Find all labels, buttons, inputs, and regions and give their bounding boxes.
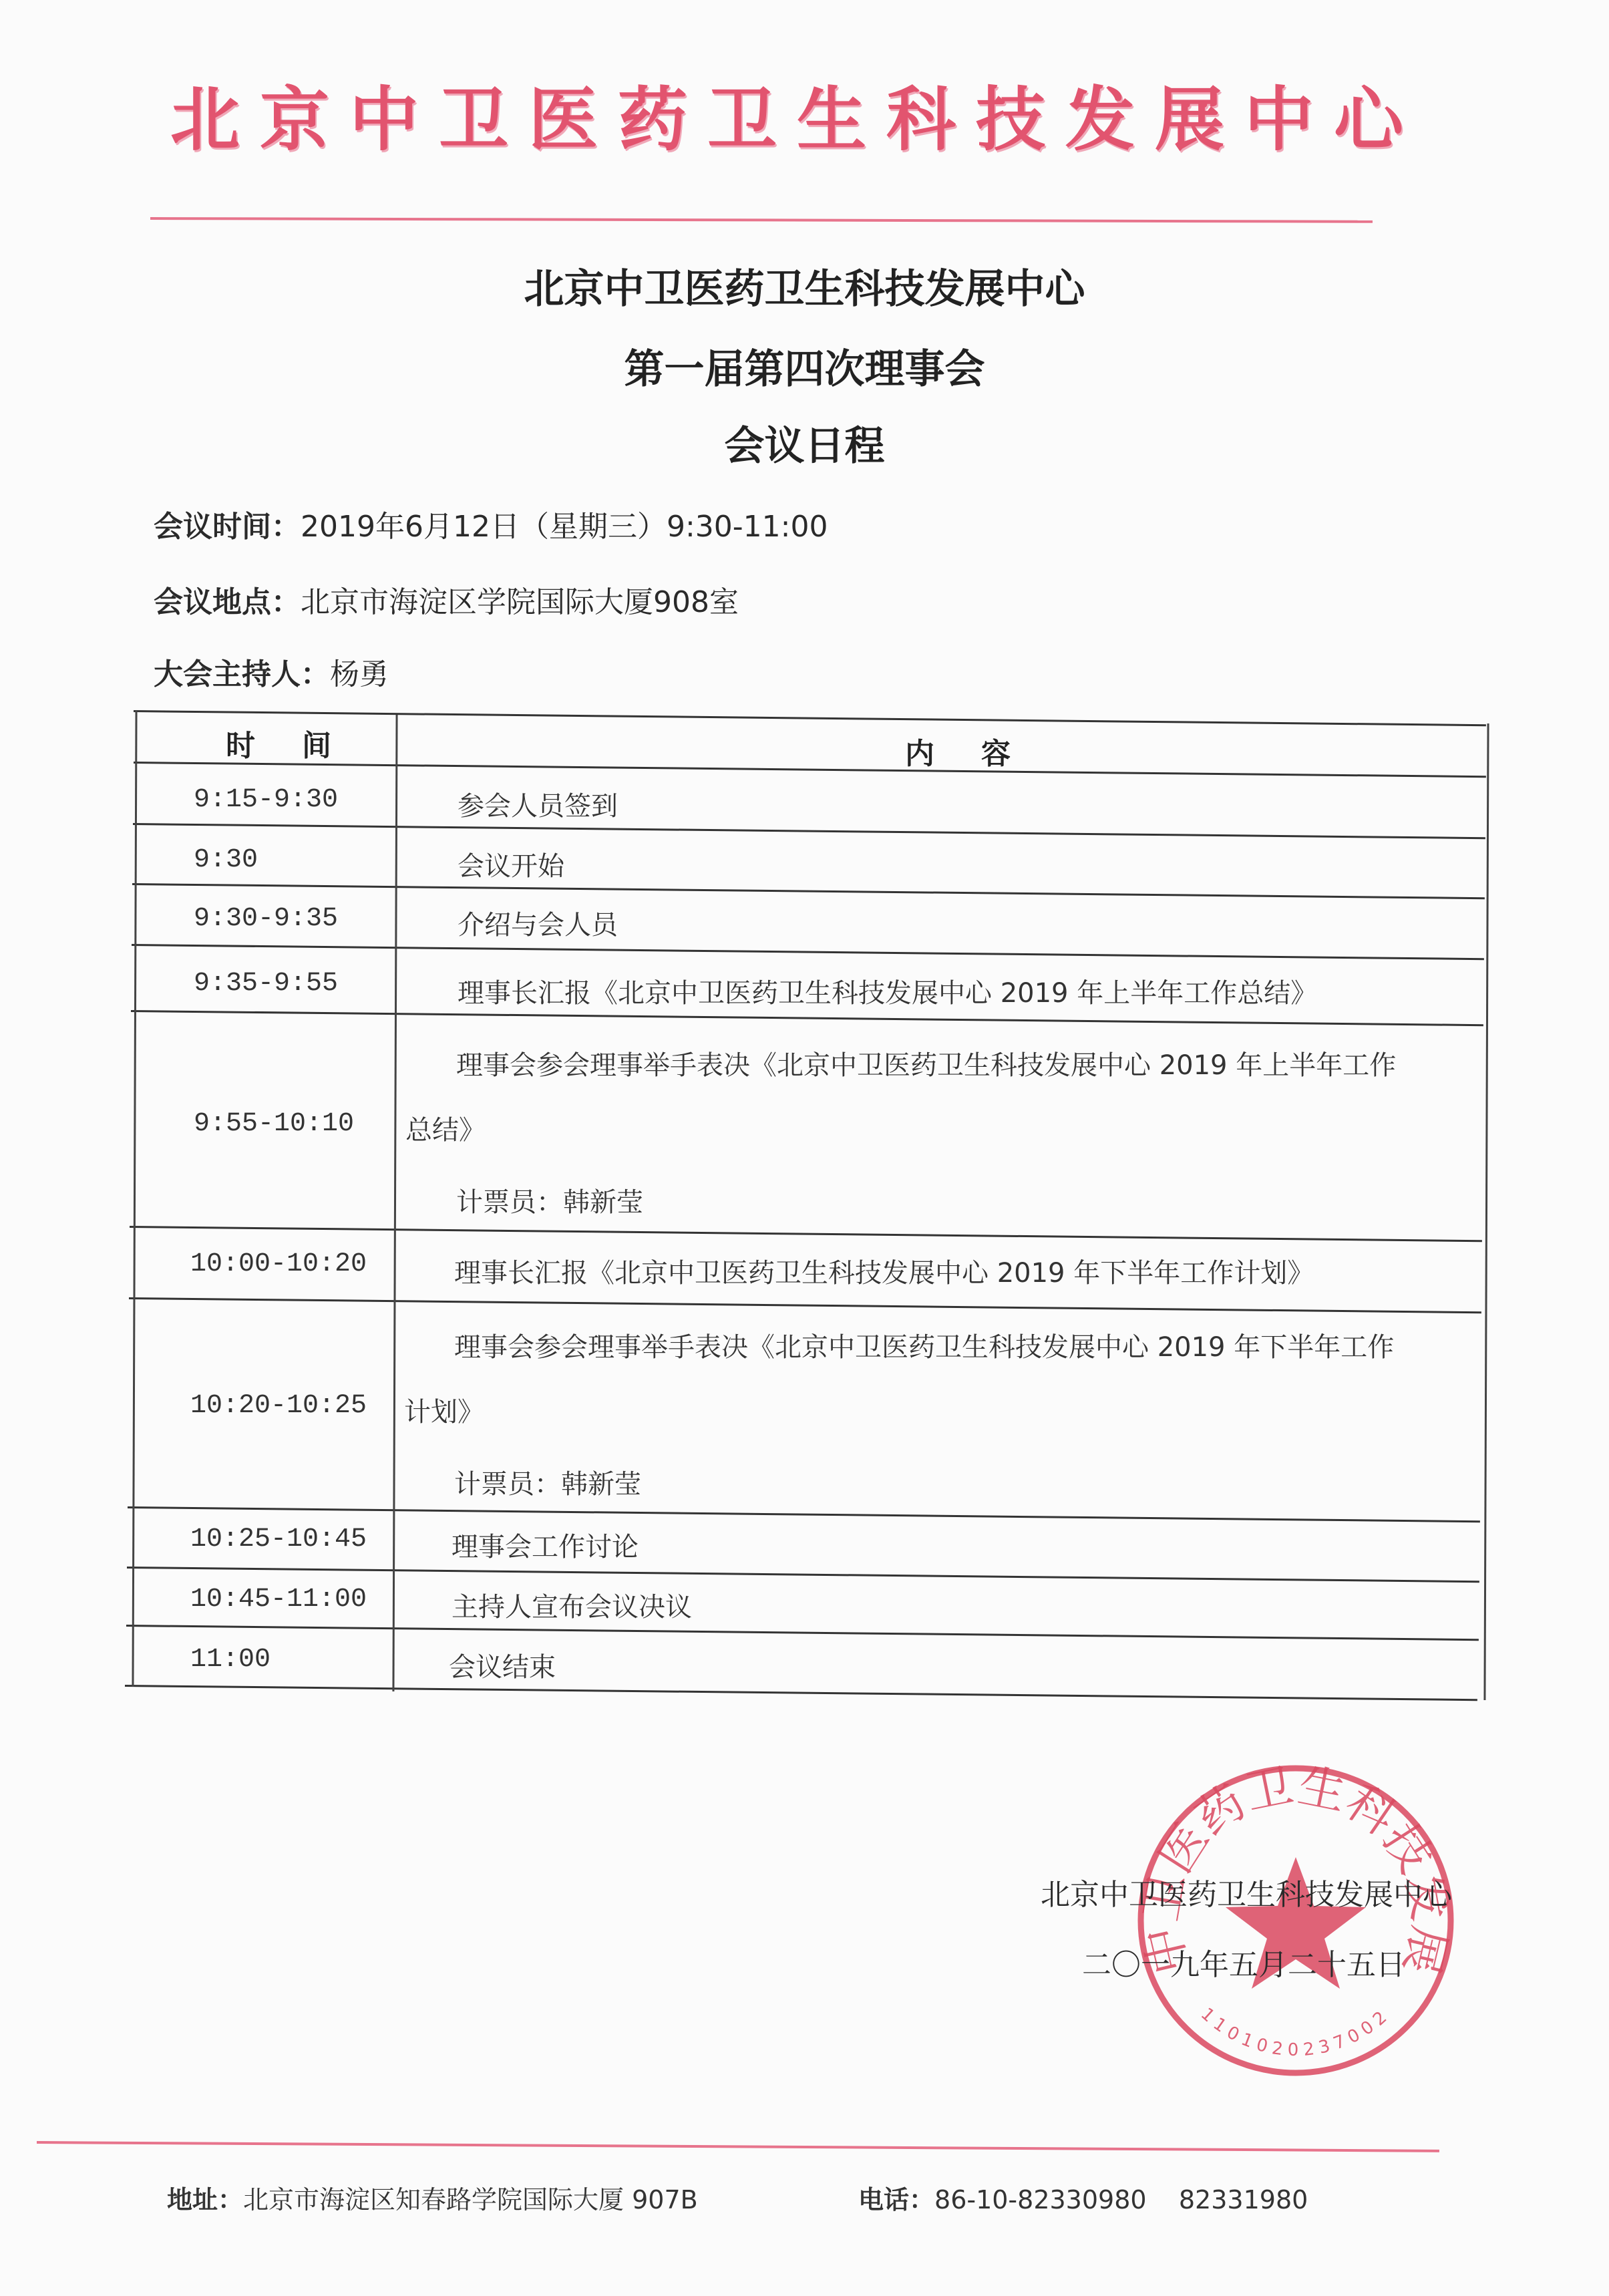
document-title-agenda: 会议日程	[0, 414, 1609, 472]
table-row-divider	[128, 1506, 1480, 1522]
table-row-divider	[129, 1297, 1481, 1313]
table-row-divider	[127, 1567, 1479, 1583]
table-cell-content: 理事会工作讨论	[452, 1526, 1520, 1564]
table-row-divider	[131, 1010, 1483, 1026]
table-row-divider	[132, 944, 1484, 960]
meeting-host-value: 杨勇	[330, 657, 389, 691]
table-row-divider	[126, 1625, 1479, 1641]
letterhead-divider	[150, 217, 1373, 223]
letterhead-organization: 北京中卫医药卫生科技发展中心	[170, 63, 1373, 164]
footer-divider	[37, 2141, 1439, 2152]
document-title-meeting: 第一届第四次理事会	[0, 337, 1609, 395]
table-cell-vote-counter: 计票员：韩新莹	[454, 1463, 1523, 1501]
table-header-time: 时间	[226, 721, 378, 764]
official-seal: 北京中卫医药卫生科技发展中心 1101020237002	[1129, 1754, 1463, 2088]
table-cell-content: 理事会参会理事举手表决《北京中卫医药卫生科技发展中心 2019 年下半年工作	[454, 1326, 1523, 1364]
table-row-divider	[134, 762, 1486, 778]
table-cell-content: 主持人宣布会议决议	[452, 1586, 1520, 1624]
table-cell-content: 会议开始	[458, 845, 1526, 883]
footer-address: 地址：北京市海淀区知春路学院国际大厦 907B	[167, 2179, 698, 2216]
meeting-host-label: 大会主持人：	[154, 657, 330, 691]
footer-address-value: 北京市海淀区知春路学院国际大厦 907B	[243, 2185, 698, 2215]
document-title-organization: 北京中卫医药卫生科技发展中心	[0, 257, 1609, 315]
table-cell-content: 参会人员签到	[458, 785, 1526, 823]
footer-address-label: 地址：	[167, 2185, 243, 2215]
table-row-divider	[132, 883, 1485, 899]
footer-phone-value: 86-10-82330980 82331980	[934, 2185, 1308, 2215]
meeting-time: 会议时间：2019年6月12日（星期三）9:30-11:00	[154, 502, 828, 545]
table-cell-content: 理事长汇报《北京中卫医药卫生科技发展中心 2019 年上半年工作总结》	[458, 972, 1526, 1010]
table-cell-content: 理事长汇报《北京中卫医药卫生科技发展中心 2019 年下半年工作计划》	[454, 1252, 1523, 1290]
table-cell-content-continued: 计划》	[404, 1391, 1473, 1429]
seal-code: 1101020237002	[1197, 2004, 1395, 2060]
table-border-bottom	[125, 1685, 1477, 1701]
meeting-place-label: 会议地点：	[154, 585, 301, 619]
table-border-left	[132, 710, 137, 1687]
footer-phone: 电话：86-10-82330980 82331980	[858, 2179, 1308, 2216]
meeting-time-label: 会议时间：	[154, 510, 301, 544]
table-row-divider	[130, 1226, 1482, 1242]
table-cell-content: 理事会参会理事举手表决《北京中卫医药卫生科技发展中心 2019 年上半年工作	[456, 1044, 1525, 1082]
footer-phone-label: 电话：	[858, 2185, 934, 2215]
meeting-place-value: 北京市海淀区学院国际大厦908室	[301, 585, 739, 619]
meeting-place: 会议地点：北京市海淀区学院国际大厦908室	[154, 578, 739, 621]
table-cell-vote-counter: 计票员：韩新莹	[456, 1181, 1525, 1219]
table-cell-content: 会议结束	[449, 1646, 1517, 1684]
meeting-time-value: 2019年6月12日（星期三）9:30-11:00	[301, 510, 828, 544]
table-row-divider	[133, 823, 1485, 839]
table-cell-content-continued: 总结》	[405, 1109, 1474, 1147]
signature-date: 二〇一九年五月二十五日	[1082, 1941, 1405, 1983]
meeting-host: 大会主持人：杨勇	[154, 650, 389, 693]
table-column-divider	[392, 715, 397, 1691]
table-header-content: 内容	[905, 729, 1057, 772]
table-border-top	[134, 710, 1486, 726]
table-cell-content: 介绍与会人员	[458, 904, 1526, 942]
signature-organization: 北京中卫医药卫生科技发展中心	[1041, 1870, 1452, 1913]
